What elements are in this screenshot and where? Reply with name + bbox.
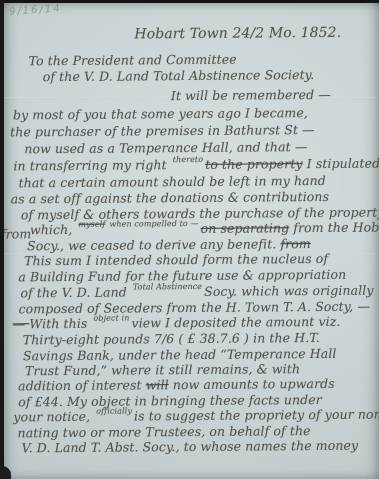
manuscript-segment: myself <box>78 220 105 229</box>
body-line-16: Thirty-eight pounds 7/6 ( £ 38.7.6 ) in … <box>23 332 320 347</box>
manuscript-segment: This sum I intended should form the nucl… <box>24 251 328 268</box>
salutation-line-1: To the President and Committee <box>29 54 237 68</box>
body-line-11: This sum I intended should form the nucl… <box>24 253 328 268</box>
manuscript-segment: as a set off against the donations & con… <box>11 189 330 207</box>
manuscript-segment: — <box>13 316 30 331</box>
manuscript-segment: to the property <box>205 156 303 172</box>
manuscript-segment: To the President and Committee <box>29 52 237 69</box>
body-line-2: by most of you that some years ago I bec… <box>13 107 308 122</box>
body-line-1: It will be remembered — <box>171 89 331 103</box>
manuscript-segment: now amounts to upwards <box>169 376 335 392</box>
body-line-13: of the V. D. Land Total AbstinenceSocy. … <box>20 285 373 300</box>
manuscript-segment: when compelled to — <box>109 219 198 229</box>
manuscript-segment: that a certain amount should be left in … <box>18 173 325 190</box>
body-line-7: as a set off against the donations & con… <box>11 191 329 206</box>
body-line-4: now used as a Temperance Hall, and that … <box>24 141 307 156</box>
manuscript-segment: of the V. D. Land <box>20 284 131 300</box>
manuscript-segment: in transferring my right <box>13 157 170 173</box>
manuscript-segment: is to suggest the propriety of your nomi… <box>134 406 379 423</box>
manuscript-segment: now used as a Temperance Hall, and that … <box>24 139 307 156</box>
manuscript-segment: It will be remembered — <box>171 87 331 103</box>
manuscript-segment: will <box>146 377 169 392</box>
manuscript-segment: by most of you that some years ago I bec… <box>13 105 308 122</box>
manuscript-segment: from the Hobart Town T. Abst.ce <box>289 219 379 236</box>
manuscript-segment: officially <box>96 406 132 415</box>
body-line-9: which, myselfwhen compelled to —on separ… <box>30 221 379 237</box>
date-line: Hobart Town 24/2 Mo. 1852. <box>134 26 341 42</box>
manuscript-segment: Hobart Town 24/2 Mo. 1852. <box>134 25 341 43</box>
scan-edge-top <box>0 0 379 3</box>
body-line-15: — With this object inview I deposited th… <box>13 316 341 331</box>
letter-page: 9/16/14 Hobart Town 24/2 Mo. 1852.To the… <box>0 0 379 479</box>
manuscript-segment: With this <box>29 316 91 331</box>
manuscript-segment: Thirty-eight pounds 7/6 ( £ 38.7.6 ) in … <box>23 330 320 347</box>
manuscript-segment: I stipulated <box>303 156 379 172</box>
manuscript-segment: on separating <box>201 220 290 236</box>
manuscript-segment: from <box>280 236 311 251</box>
scanned-letter: 9/16/14 Hobart Town 24/2 Mo. 1852.To the… <box>0 0 379 479</box>
manuscript-segment: which, <box>30 222 77 237</box>
manuscript-segment: your notice, <box>13 409 94 425</box>
body-line-23: V. D. Land T. Abst. Socy., to whose name… <box>22 440 359 455</box>
body-line-3: the purchaser of the premises in Bathurs… <box>10 124 315 139</box>
salutation-line-2: of the V. D. Land Total Abstinence Socie… <box>43 69 315 84</box>
manuscript-segment: thereto <box>173 155 203 164</box>
manuscript-segment: of the V. D. Land Total Abstinence Socie… <box>43 67 315 84</box>
manuscript-segment: Total Abstinence <box>133 282 202 292</box>
manuscript-segment: the purchaser of the premises in Bathurs… <box>10 122 315 139</box>
body-line-19: addition of interest will now amounts to… <box>18 378 335 393</box>
body-line-6: that a certain amount should be left in … <box>19 175 326 190</box>
manuscript-text: Hobart Town 24/2 Mo. 1852.To the Preside… <box>0 0 379 479</box>
manuscript-segment: object in <box>93 313 129 322</box>
manuscript-segment: addition of interest <box>18 377 146 393</box>
manuscript-segment: V. D. Land T. Abst. Socy., to whose name… <box>22 438 359 456</box>
body-line-21: your notice, officiallyis to suggest the… <box>13 408 379 423</box>
manuscript-segment: Socy. which was originally <box>204 283 374 299</box>
scan-edge-left <box>0 0 4 479</box>
manuscript-segment: view I deposited the amount viz. <box>131 314 340 331</box>
body-line-5: in transferring my right theretoto the p… <box>13 158 379 173</box>
